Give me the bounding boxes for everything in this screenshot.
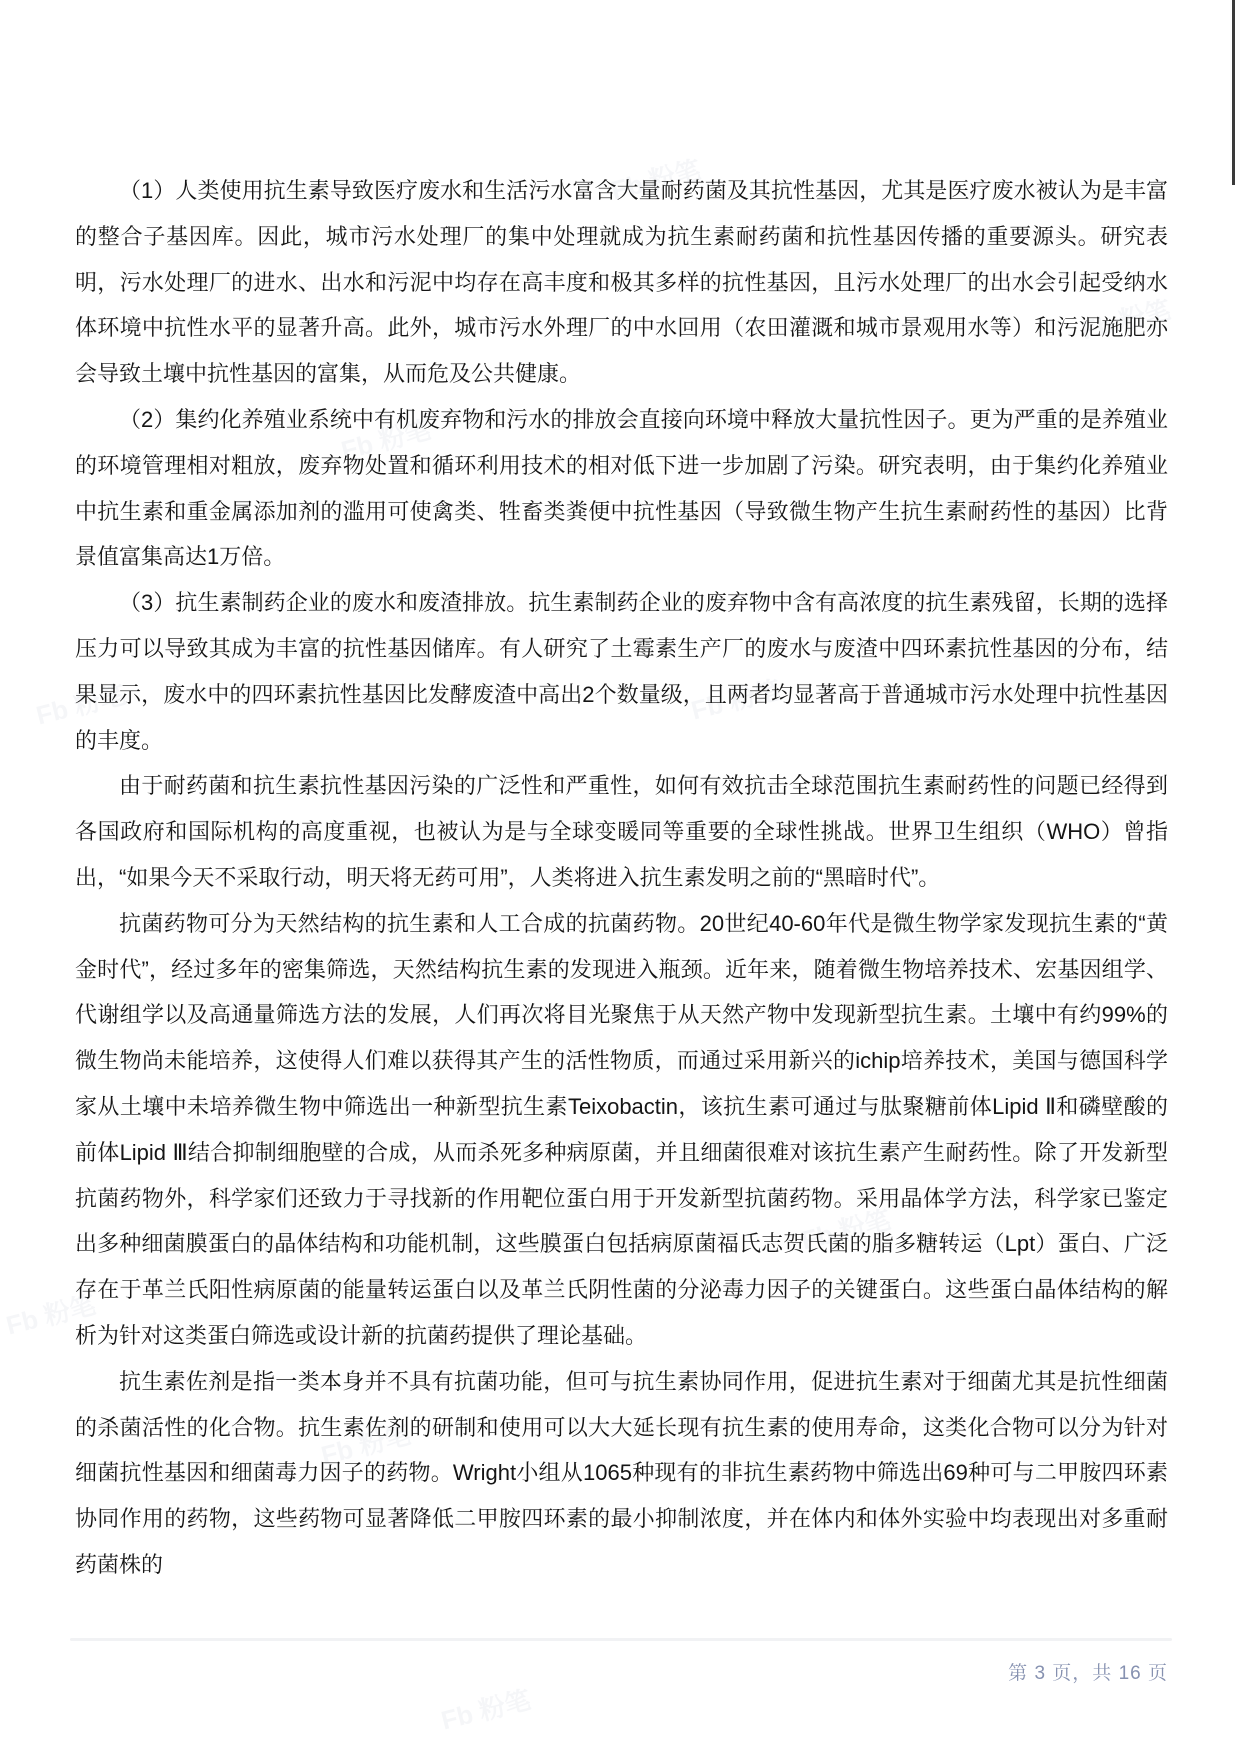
paragraph-4: 由于耐药菌和抗生素抗性基因污染的广泛性和严重性，如何有效抗击全球范围抗生素耐药性… xyxy=(75,763,1168,900)
paragraph-3: （3）抗生素制药企业的废水和废渣排放。抗生素制药企业的废弃物中含有高浓度的抗生素… xyxy=(75,580,1168,763)
document-page: Fb 粉笔 Fb 粉笔 Fb 粉笔 Fb 粉笔 Fb 粉笔 Fb 粉笔 Fb 粉… xyxy=(0,0,1240,1754)
paragraph-2: （2）集约化养殖业系统中有机废弃物和污水的排放会直接向环境中释放大量抗性因子。更… xyxy=(75,397,1168,580)
scrollbar-thumb[interactable] xyxy=(1232,0,1235,185)
footer-divider xyxy=(70,1638,1172,1641)
watermark: Fb 粉笔 xyxy=(437,1680,534,1738)
paragraph-6: 抗生素佐剂是指一类本身并不具有抗菌功能，但可与抗生素协同作用，促进抗生素对于细菌… xyxy=(75,1359,1168,1588)
page-number-indicator: 第 3 页，共 16 页 xyxy=(1008,1658,1168,1685)
paragraph-1: （1）人类使用抗生素导致医疗废水和生活污水富含大量耐药菌及其抗性基因，尤其是医疗… xyxy=(75,168,1168,397)
document-body: （1）人类使用抗生素导致医疗废水和生活污水富含大量耐药菌及其抗性基因，尤其是医疗… xyxy=(75,168,1168,1588)
paragraph-5: 抗菌药物可分为天然结构的抗生素和人工合成的抗菌药物。20世纪40-60年代是微生… xyxy=(75,901,1168,1359)
